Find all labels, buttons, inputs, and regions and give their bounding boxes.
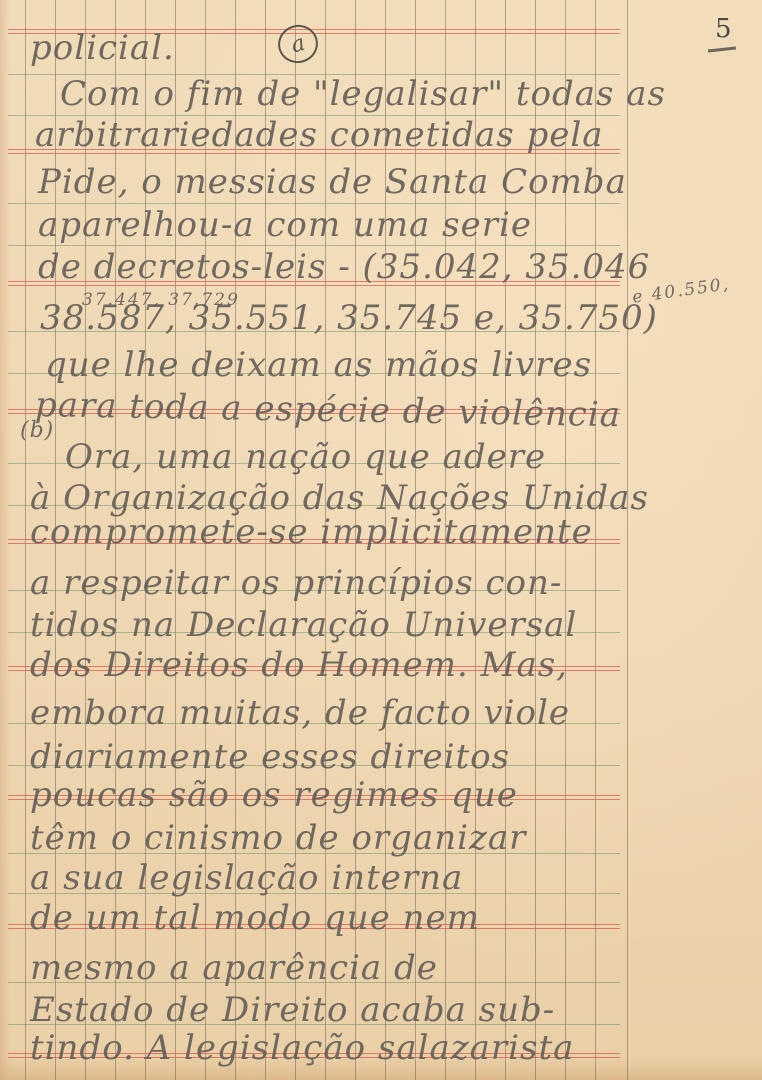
page-number: 5: [715, 14, 732, 44]
text-line-5: aparelhou-a com uma serie: [38, 205, 532, 245]
text-line-21: de um tal modo que nem: [30, 898, 480, 938]
text-line-16: embora muitas, de facto viole: [30, 693, 570, 733]
text-line-6: de decretos-leis - (35.042, 35.046: [38, 247, 650, 287]
text-line-20: a sua legislação interna: [30, 858, 463, 898]
text-line-12: compromete-se implicitamente: [30, 512, 593, 552]
manuscript-page: 5 a policial. Com o fim de "legalisar" t…: [0, 0, 762, 1080]
text-line-9: para toda a espécie de violência: [35, 385, 622, 435]
text-line-17: diariamente esses direitos: [30, 737, 510, 777]
text-line-22: mesmo a aparência de: [30, 948, 438, 988]
section-marker-letter: a: [288, 30, 307, 58]
page-number-underline: [708, 47, 736, 53]
text-line-14: tidos na Declaração Universal: [30, 605, 577, 645]
text-line-2: Com o fim de "legalisar" todas as: [60, 74, 666, 114]
text-line-7: 38.587, 35.551, 35.745 e, 35.750): [40, 298, 658, 338]
text-line-19: têm o cinismo de organizar: [30, 818, 526, 858]
margin-marker-b: (b): [20, 418, 54, 443]
text-line-24: tindo. A legislação salazarista: [30, 1028, 574, 1068]
text-line-15: dos Direitos do Homem. Mas,: [30, 645, 568, 685]
section-marker-circled: a: [274, 20, 322, 67]
text-line-18: poucas são os regimes que: [30, 775, 518, 815]
text-line-8: que lhe deixam as mãos livres: [45, 345, 592, 385]
text-line-10: Ora, uma nação que adere: [65, 437, 546, 477]
text-line-4: Pide, o messias de Santa Comba: [38, 162, 627, 202]
text-line-23: Estado de Direito acaba sub-: [30, 990, 555, 1030]
text-line-3: arbitrariedades cometidas pela: [35, 115, 604, 155]
text-line-13: a respeitar os princípios con-: [30, 563, 562, 603]
text-line-1: policial.: [30, 28, 175, 68]
